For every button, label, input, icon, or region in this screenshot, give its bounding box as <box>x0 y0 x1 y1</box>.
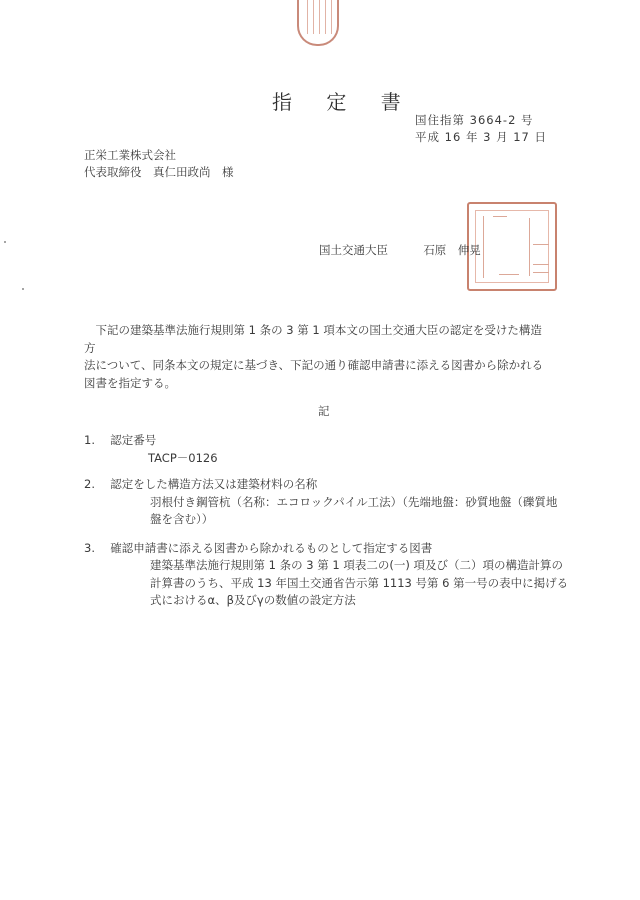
recipient-company: 正栄工業株式会社 <box>84 147 234 164</box>
item-heading: 認定番号 <box>110 433 156 447</box>
recipient-representative: 代表取締役 真仁田政尚 様 <box>84 164 234 181</box>
item-1-content: TACP－0126 <box>148 450 218 468</box>
scan-speck <box>4 241 6 243</box>
issuer-office: 国土交通大臣 <box>319 243 388 257</box>
document-reference: 国住指第 3664-2 号 平成 16 年 3 月 17 日 <box>415 112 547 146</box>
top-seal-stamp <box>297 0 339 46</box>
item-number: 2. <box>84 477 95 491</box>
item-heading: 認定をした構造方法又は建築材料の名称 <box>110 477 317 491</box>
item-heading: 確認申請書に添える図書から除かれるものとして指定する図書 <box>110 541 432 555</box>
recipient-block: 正栄工業株式会社 代表取締役 真仁田政尚 様 <box>84 147 234 181</box>
body-line: 下記の建築基準法施行規則第 1 条の 3 第 1 項本文の国土交通大臣の認定を受… <box>84 322 544 357</box>
document-number: 国住指第 3664-2 号 <box>415 112 547 129</box>
list-item-2: 2. 認定をした構造方法又は建築材料の名称 <box>84 476 317 493</box>
body-paragraph: 下記の建築基準法施行規則第 1 条の 3 第 1 項本文の国土交通大臣の認定を受… <box>84 322 544 392</box>
list-item-1: 1. 認定番号 <box>84 432 156 449</box>
item-3-content-line: 式におけるα、β及びγの数値の設定方法 <box>150 592 356 610</box>
issuer-name: 石原 伸晃 <box>423 243 481 257</box>
item-3-content-line: 建築基準法施行規則第 1 条の 3 第 1 項表二の(一) 項及び（二）項の構造… <box>150 557 563 575</box>
list-item-3: 3. 確認申請書に添える図書から除かれるものとして指定する図書 <box>84 540 432 557</box>
item-2-content-line: 羽根付き鋼管杭（名称：エコロックパイル工法）（先端地盤：砂質地盤（礫質地 <box>150 494 557 512</box>
item-number: 3. <box>84 541 95 555</box>
item-3-content-line: 計算書のうち、平成 13 年国土交通省告示第 1113 号第 6 第一号の表中に… <box>150 575 568 593</box>
item-number: 1. <box>84 433 95 447</box>
scan-speck <box>22 288 24 290</box>
body-line: 図書を指定する。 <box>84 375 544 393</box>
ki-heading: 記 <box>318 403 330 419</box>
document-date: 平成 16 年 3 月 17 日 <box>415 129 547 146</box>
item-2-content-line: 盤を含む）） <box>150 511 213 529</box>
body-line: 法について、同条本文の規定に基づき、下記の通り確認申請書に添える図書から除かれる <box>84 357 544 375</box>
document-title: 指 定 書 <box>272 86 415 115</box>
issuer-line: 国土交通大臣 石原 伸晃 <box>319 242 481 258</box>
